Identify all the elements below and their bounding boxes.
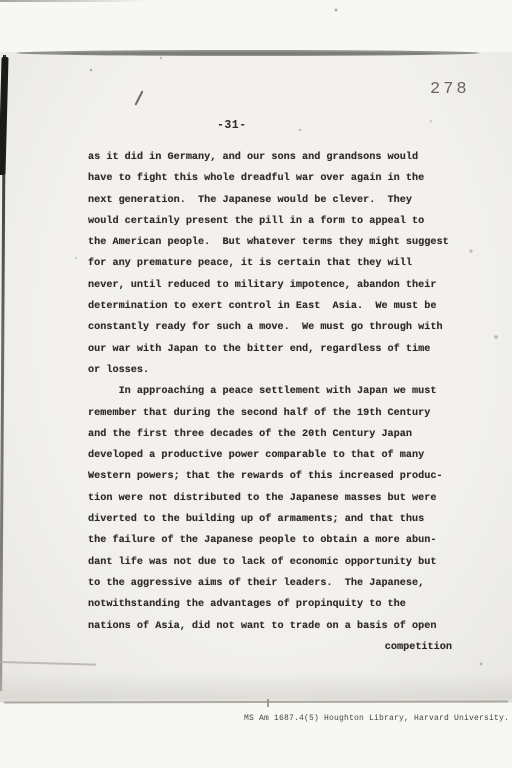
typescript-line: never, until reduced to military impoten… bbox=[88, 275, 452, 296]
typescript-line: as it did in Germany, and our sons and g… bbox=[88, 147, 452, 168]
typescript-line: remember that during the second half of … bbox=[88, 403, 452, 424]
page-number: -31- bbox=[217, 119, 247, 132]
scan-artifact-top-line bbox=[0, 0, 150, 2]
typescript-line: would certainly present the pill in a fo… bbox=[88, 211, 452, 232]
scan-artifact-tick bbox=[267, 699, 269, 707]
scan-speckles bbox=[0, 0, 2, 2]
typescript-line: diverted to the building up of armaments… bbox=[88, 509, 452, 530]
typescript-line: or losses. bbox=[88, 360, 452, 381]
scanned-document-photo: 278 -31- as it did in Germany, and our s… bbox=[0, 0, 512, 768]
typescript-line: notwithstanding the advantages of propin… bbox=[88, 594, 452, 615]
typescript-line: constantly ready for such a move. We mus… bbox=[88, 317, 452, 338]
typescript-line: next generation. The Japanese would be c… bbox=[88, 190, 452, 211]
page-bottom-edge-band bbox=[0, 672, 512, 702]
folio-number: 278 bbox=[430, 80, 470, 99]
typescript-line: the American people. But whatever terms … bbox=[88, 232, 452, 253]
typescript-line: Western powers; that the rewards of this… bbox=[88, 466, 452, 487]
typescript-line: dant life was not due to lack of economi… bbox=[88, 552, 452, 573]
page-top-edge-shadow-inner bbox=[60, 52, 440, 55]
typescript-line: developed a productive power comparable … bbox=[88, 445, 452, 466]
typescript-line: determination to exert control in East A… bbox=[88, 296, 452, 317]
typescript-line: and the first three decades of the 20th … bbox=[88, 424, 452, 445]
typescript-line: In approaching a peace settlement with J… bbox=[88, 381, 452, 402]
typescript-line: the failure of the Japanese people to ob… bbox=[88, 530, 452, 551]
page-bottom-edge-line bbox=[4, 701, 508, 704]
typescript-line: to the aggressive aims of their leaders.… bbox=[88, 573, 452, 594]
catchword: competition bbox=[88, 637, 452, 658]
typescript-line: for any premature peace, it is certain t… bbox=[88, 253, 452, 274]
typescript-line: our war with Japan to the bitter end, re… bbox=[88, 339, 452, 360]
typescript-lines: as it did in Germany, and our sons and g… bbox=[88, 147, 452, 637]
credit-line: MS Am 1687.4(5) Houghton Library, Harvar… bbox=[244, 714, 509, 723]
typescript-line: tion were not distributed to the Japanes… bbox=[88, 488, 452, 509]
typescript-line: nations of Asia, did not want to trade o… bbox=[88, 616, 452, 637]
typescript-line: have to fight this whole dreadful war ov… bbox=[88, 168, 452, 189]
typescript-body: as it did in Germany, and our sons and g… bbox=[88, 147, 452, 658]
